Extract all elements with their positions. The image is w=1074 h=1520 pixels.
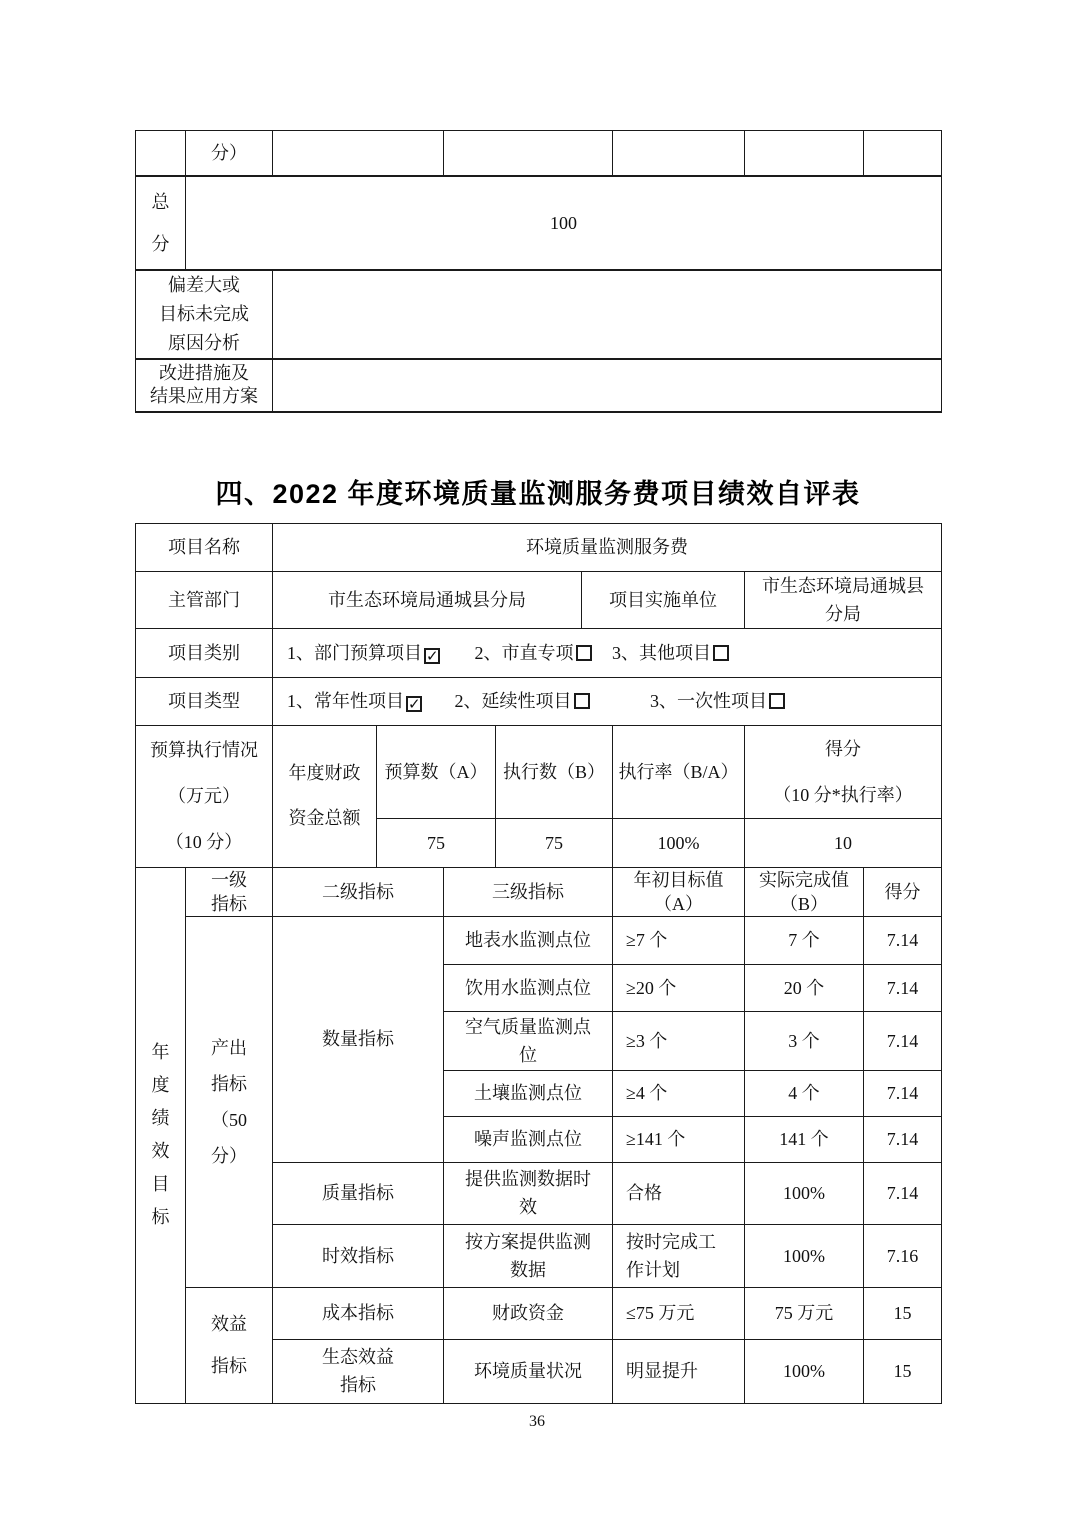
output-indicator-group-label: 产出 指标 （50 分）: [186, 916, 273, 1287]
eco-benefit-indicator-label: 生态效益 指标: [273, 1339, 444, 1403]
quantity-indicator-label: 数量指标: [273, 916, 444, 1162]
cost-indicator-label: 成本指标: [273, 1287, 444, 1339]
execution-amount-header: 执行数（B）: [496, 725, 613, 818]
actual-value: 7 个: [745, 916, 864, 964]
deviation-analysis-label: 偏差大或 目标未完成 原因分析: [136, 270, 273, 359]
budget-score-value: 10: [745, 818, 942, 867]
quality-indicator-label: 质量指标: [273, 1162, 444, 1224]
target-value-header: 年初目标值 （A）: [613, 867, 745, 916]
cont-empty-cell: [745, 131, 864, 176]
previous-table-continuation: 分） 总 分 100 偏差大或: [135, 130, 942, 413]
actual-value: 141 个: [745, 1116, 864, 1162]
benefit-indicator-group-label: 效益 指标: [186, 1287, 273, 1403]
target-value: ≥20 个: [613, 964, 745, 1011]
target-value: 合格: [613, 1162, 745, 1224]
actual-value: 20 个: [745, 964, 864, 1011]
target-value: ≥3 个: [613, 1011, 745, 1070]
actual-value: 75 万元: [745, 1287, 864, 1339]
score-value: 7.14: [864, 1162, 942, 1224]
cont-empty-cell: [136, 131, 186, 176]
total-score-value: 100: [186, 176, 942, 270]
checkbox-city-special-project: [576, 645, 592, 661]
level3-indicator: 饮用水监测点位: [444, 964, 613, 1011]
actual-value-header: 实际完成值 （B）: [745, 867, 864, 916]
self-evaluation-table: 项目名称 环境质量监测服务费 主管部门 市生态环境局通城县分局 项目实施单位 市…: [135, 523, 942, 1404]
level2-indicator-header: 二级指标: [273, 867, 444, 916]
project-type-row: 项目类型 1、常年性项目✓ 2、延续性项目 3、一次性项目: [136, 677, 942, 725]
target-value: ≥4 个: [613, 1070, 745, 1116]
budget-header-row: 预算执行情况 （万元） （10 分） 年度财政 资金总额 预算数（A） 执行数（…: [136, 725, 942, 818]
actual-value: 3 个: [745, 1011, 864, 1070]
score-value: 7.14: [864, 1116, 942, 1162]
target-value: 明显提升: [613, 1339, 745, 1403]
target-value: ≤75 万元: [613, 1287, 745, 1339]
checkbox-one-time-project: [769, 693, 785, 709]
improvement-plan-row: 改进措施及 结果应用方案: [136, 359, 942, 412]
checkbox-other-project: [713, 645, 729, 661]
level3-indicator-header: 三级指标: [444, 867, 613, 916]
document-page: 分） 总 分 100 偏差大或: [0, 0, 1074, 1520]
level3-indicator: 财政资金: [444, 1287, 613, 1339]
level3-indicator: 地表水监测点位: [444, 916, 613, 964]
project-category-label: 项目类别: [136, 628, 273, 677]
score-value: 7.14: [864, 916, 942, 964]
project-name-value: 环境质量监测服务费: [273, 523, 942, 571]
cont-score-fragment-cell: 分）: [186, 131, 273, 176]
indicator-row: 效益 指标 成本指标 财政资金 ≤75 万元 75 万元 15: [136, 1287, 942, 1339]
cont-empty-cell: [273, 131, 444, 176]
department-value: 市生态环境局通城县分局: [273, 571, 582, 628]
score-value: 15: [864, 1287, 942, 1339]
score-value: 7.16: [864, 1224, 942, 1287]
project-type-label: 项目类型: [136, 677, 273, 725]
level3-indicator: 环境质量状况: [444, 1339, 613, 1403]
score-value: 7.14: [864, 1070, 942, 1116]
continuation-row: 分）: [136, 131, 942, 176]
cont-empty-cell: [613, 131, 745, 176]
deviation-analysis-row: 偏差大或 目标未完成 原因分析: [136, 270, 942, 359]
total-score-row: 总 分 100: [136, 176, 942, 270]
budget-score-header: 得分 （10 分*执行率）: [745, 725, 942, 818]
budget-execution-label: 预算执行情况 （万元） （10 分）: [136, 725, 273, 867]
level3-indicator: 按方案提供监测 数据: [444, 1224, 613, 1287]
level3-indicator: 噪声监测点位: [444, 1116, 613, 1162]
implementer-value: 市生态环境局通城县 分局: [745, 571, 942, 628]
indicator-header-row: 年 度 绩 效 目 标 一级 指标 二级指标 三级指标 年: [136, 867, 942, 916]
section-title: 四、2022 年度环境质量监测服务费项目绩效自评表: [135, 477, 941, 511]
timeliness-indicator-label: 时效指标: [273, 1224, 444, 1287]
checkbox-perennial-project: ✓: [406, 696, 422, 712]
level1-indicator-header: 一级 指标: [186, 867, 273, 916]
page-number: 36: [0, 1413, 1074, 1431]
improvement-plan-value: [273, 359, 942, 412]
project-type-options: 1、常年性项目✓ 2、延续性项目 3、一次性项目: [273, 677, 942, 725]
implementer-label: 项目实施单位: [582, 571, 745, 628]
budget-amount-value: 75: [377, 818, 496, 867]
checkbox-department-budget-project: ✓: [424, 648, 440, 664]
cont-empty-cell: [864, 131, 942, 176]
score-header: 得分: [864, 867, 942, 916]
department-row: 主管部门 市生态环境局通城县分局 项目实施单位 市生态环境局通城县 分局: [136, 571, 942, 628]
project-category-options: 1、部门预算项目✓ 2、市直专项 3、其他项目: [273, 628, 942, 677]
department-label: 主管部门: [136, 571, 273, 628]
project-name-label: 项目名称: [136, 523, 273, 571]
execution-amount-value: 75: [496, 818, 613, 867]
annual-fund-total-label: 年度财政 资金总额: [273, 725, 377, 867]
target-value: ≥7 个: [613, 916, 745, 964]
total-score-label: 总 分: [136, 176, 186, 270]
target-value: 按时完成工 作计划: [613, 1224, 745, 1287]
score-value: 7.14: [864, 964, 942, 1011]
level3-indicator: 提供监测数据时 效: [444, 1162, 613, 1224]
cont-empty-cell: [444, 131, 613, 176]
execution-rate-header: 执行率（B/A）: [613, 725, 745, 818]
deviation-analysis-value: [273, 270, 942, 359]
project-name-row: 项目名称 环境质量监测服务费: [136, 523, 942, 571]
level3-indicator: 土壤监测点位: [444, 1070, 613, 1116]
actual-value: 100%: [745, 1224, 864, 1287]
level3-indicator: 空气质量监测点 位: [444, 1011, 613, 1070]
budget-amount-header: 预算数（A）: [377, 725, 496, 818]
score-value: 7.14: [864, 1011, 942, 1070]
actual-value: 100%: [745, 1339, 864, 1403]
actual-value: 100%: [745, 1162, 864, 1224]
annual-performance-goal-label: 年 度 绩 效 目 标: [136, 867, 186, 1403]
improvement-plan-label: 改进措施及 结果应用方案: [136, 359, 273, 412]
actual-value: 4 个: [745, 1070, 864, 1116]
target-value: ≥141 个: [613, 1116, 745, 1162]
execution-rate-value: 100%: [613, 818, 745, 867]
score-value: 15: [864, 1339, 942, 1403]
checkbox-continuing-project: [574, 693, 590, 709]
indicator-row: 产出 指标 （50 分） 数量指标 地表水监测点位 ≥7 个 7 个 7.14: [136, 916, 942, 964]
project-category-row: 项目类别 1、部门预算项目✓ 2、市直专项 3、其他项目: [136, 628, 942, 677]
